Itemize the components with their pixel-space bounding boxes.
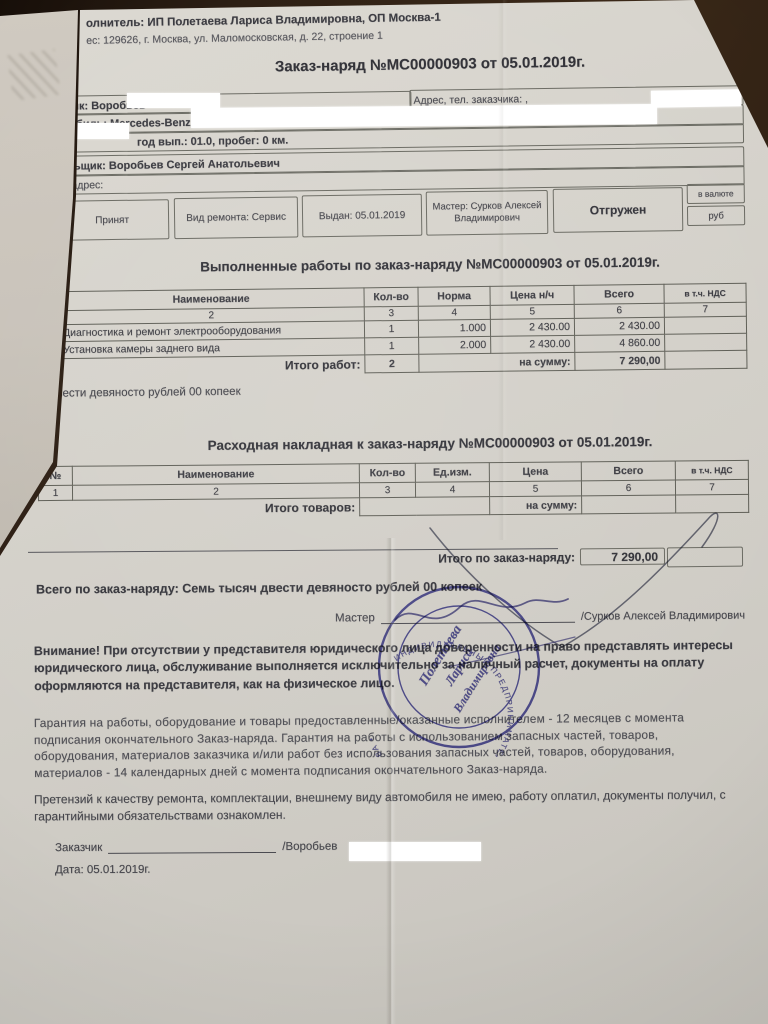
works-row2-vat (665, 333, 747, 351)
redaction-customer-signoff (349, 842, 481, 861)
status-issued-box: Выдан: 05.01.2019 (302, 194, 423, 238)
works-colnum-5: 5 (490, 304, 574, 319)
currency-label-cell: в валюте (687, 183, 745, 204)
redaction-vehicle-number (191, 104, 657, 128)
goods-col-total: Всего (581, 461, 675, 481)
goods-colnum-1: 1 (38, 485, 72, 500)
signature-stroke-diagonal (448, 637, 575, 667)
works-colnum-7: 7 (664, 302, 746, 317)
signature-scribble (395, 599, 568, 620)
works-colnum-6: 6 (574, 303, 664, 318)
redaction-customer-name (127, 93, 220, 108)
works-row1-price: 2 430.00 (490, 318, 574, 336)
goods-total-label: Итого товаров: (39, 498, 360, 519)
goods-col-vat: в т.ч. НДС (675, 460, 748, 480)
works-colnum-3: 3 (364, 306, 418, 321)
works-row1-qty: 1 (364, 320, 418, 338)
payer-label: тельщик: Воробьев Сергей Анатольевич (53, 158, 280, 173)
goods-colnum-7: 7 (675, 479, 748, 495)
currency-value: руб (708, 210, 724, 221)
goods-section-title: Расходная накладная к заказ-наряду №МС00… (130, 433, 730, 453)
works-row1-norm: 1.000 (418, 319, 490, 337)
goods-col-price: Цена (489, 462, 581, 482)
works-total-qty: 2 (365, 354, 419, 373)
goods-col-qty: Кол-во (359, 463, 415, 482)
customer-signoff-label: Заказчик (55, 842, 102, 854)
status-master-label: Мастер: Сурков Алексей Владимирович (427, 200, 547, 225)
works-total-label: Итого работ: (47, 355, 365, 377)
works-col-qty: Кол-во (364, 287, 418, 307)
works-row2-total: 4 860.00 (575, 334, 665, 352)
pen-signature (330, 495, 750, 715)
signature-stroke-up (562, 513, 718, 647)
goods-col-unit: Ед.изм. (415, 463, 489, 483)
works-col-norm: Норма (418, 286, 490, 306)
status-shipped-label: Отгружен (590, 203, 647, 218)
works-row2-norm: 2.000 (419, 336, 491, 354)
photo-of-work-order: олнитель: ИП Полетаева Лариса Владимиров… (0, 0, 768, 1024)
works-sum-value: 7 290,00 (575, 351, 665, 370)
work-order-sheet: олнитель: ИП Полетаева Лариса Владимиров… (0, 0, 768, 1024)
customer-signature-line (108, 838, 276, 854)
redaction-customer-contact (651, 89, 741, 108)
stamp-ring-text-bottom: • МОСКВА • (366, 735, 411, 757)
works-col-total: Всего (574, 284, 664, 304)
works-row1-vat (664, 316, 746, 334)
status-shipped-box: Отгружен (553, 187, 684, 233)
goods-col-name: Наименование (72, 464, 359, 486)
works-col-price: Цена н/ч (490, 285, 574, 305)
works-table: Наименование Кол-во Норма Цена н/ч Всего… (46, 283, 748, 378)
status-accepted-label: Принят (95, 214, 129, 225)
currency-box: в валюте руб (687, 183, 746, 228)
status-repair-type-box: Вид ремонта: Сервис (174, 196, 299, 239)
currency-value-cell: руб (687, 205, 745, 226)
ink-bleed-mark (7, 49, 61, 101)
works-col-vat: в т.ч. НДС (664, 283, 746, 303)
status-issued-label: Выдан: 05.01.2019 (319, 209, 406, 221)
status-repair-type-label: Вид ремонта: Сервис (186, 212, 286, 224)
signature-stroke-down (430, 528, 562, 647)
date-line: Дата: 05.01.2019г. (55, 864, 150, 876)
works-row2-price: 2 430.00 (491, 335, 575, 353)
claims-paragraph: Претензий к качеству ремонта, комплектац… (34, 787, 740, 826)
works-row1-total: 2 430.00 (574, 317, 664, 335)
works-colnum-4: 4 (418, 305, 490, 320)
stamp-ring-text-bottom-path: • МОСКВА • (366, 735, 411, 757)
status-master-box: Мастер: Сурков Алексей Владимирович (426, 190, 549, 236)
works-sum-label: на сумму: (419, 352, 575, 372)
currency-label: в валюте (698, 188, 734, 198)
works-row2-qty: 1 (365, 337, 419, 355)
customer-signoff-name: /Воробьев (282, 841, 337, 853)
works-total-vat (665, 350, 747, 369)
goods-colnum-6: 6 (581, 480, 675, 496)
